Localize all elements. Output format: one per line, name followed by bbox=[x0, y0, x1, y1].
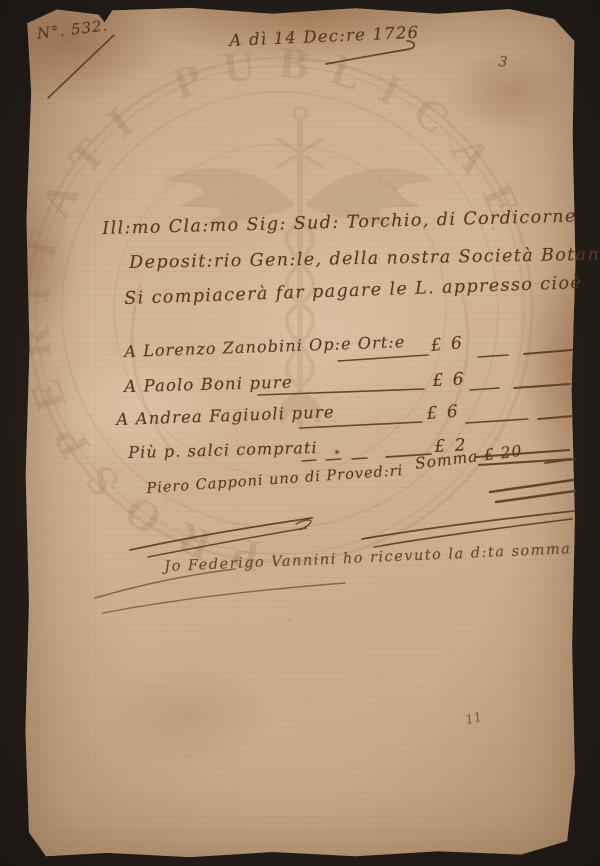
sum-value: 20 bbox=[500, 442, 524, 463]
stamp-legend: PROSPERITATI PUBLICAE bbox=[24, 38, 538, 581]
stamp-text: PROSPERITATI PUBLICAE bbox=[24, 38, 538, 581]
svg-text:PROSPERITATI PUBLICAE: PROSPERITATI PUBLICAE bbox=[24, 38, 538, 581]
manuscript-page: PROSPERITATI PUBLICAE bbox=[24, 7, 576, 858]
payment-amount-2: £ 6 bbox=[432, 369, 466, 391]
scanned-manuscript: PROSPERITATI PUBLICAE bbox=[0, 0, 600, 866]
payment-amount-3: £ 6 bbox=[426, 402, 460, 424]
payment-amount-1: £ 6 bbox=[430, 333, 465, 356]
embossed-stamp: PROSPERITATI PUBLICAE bbox=[24, 7, 576, 858]
folio-number: 3 bbox=[498, 54, 508, 71]
